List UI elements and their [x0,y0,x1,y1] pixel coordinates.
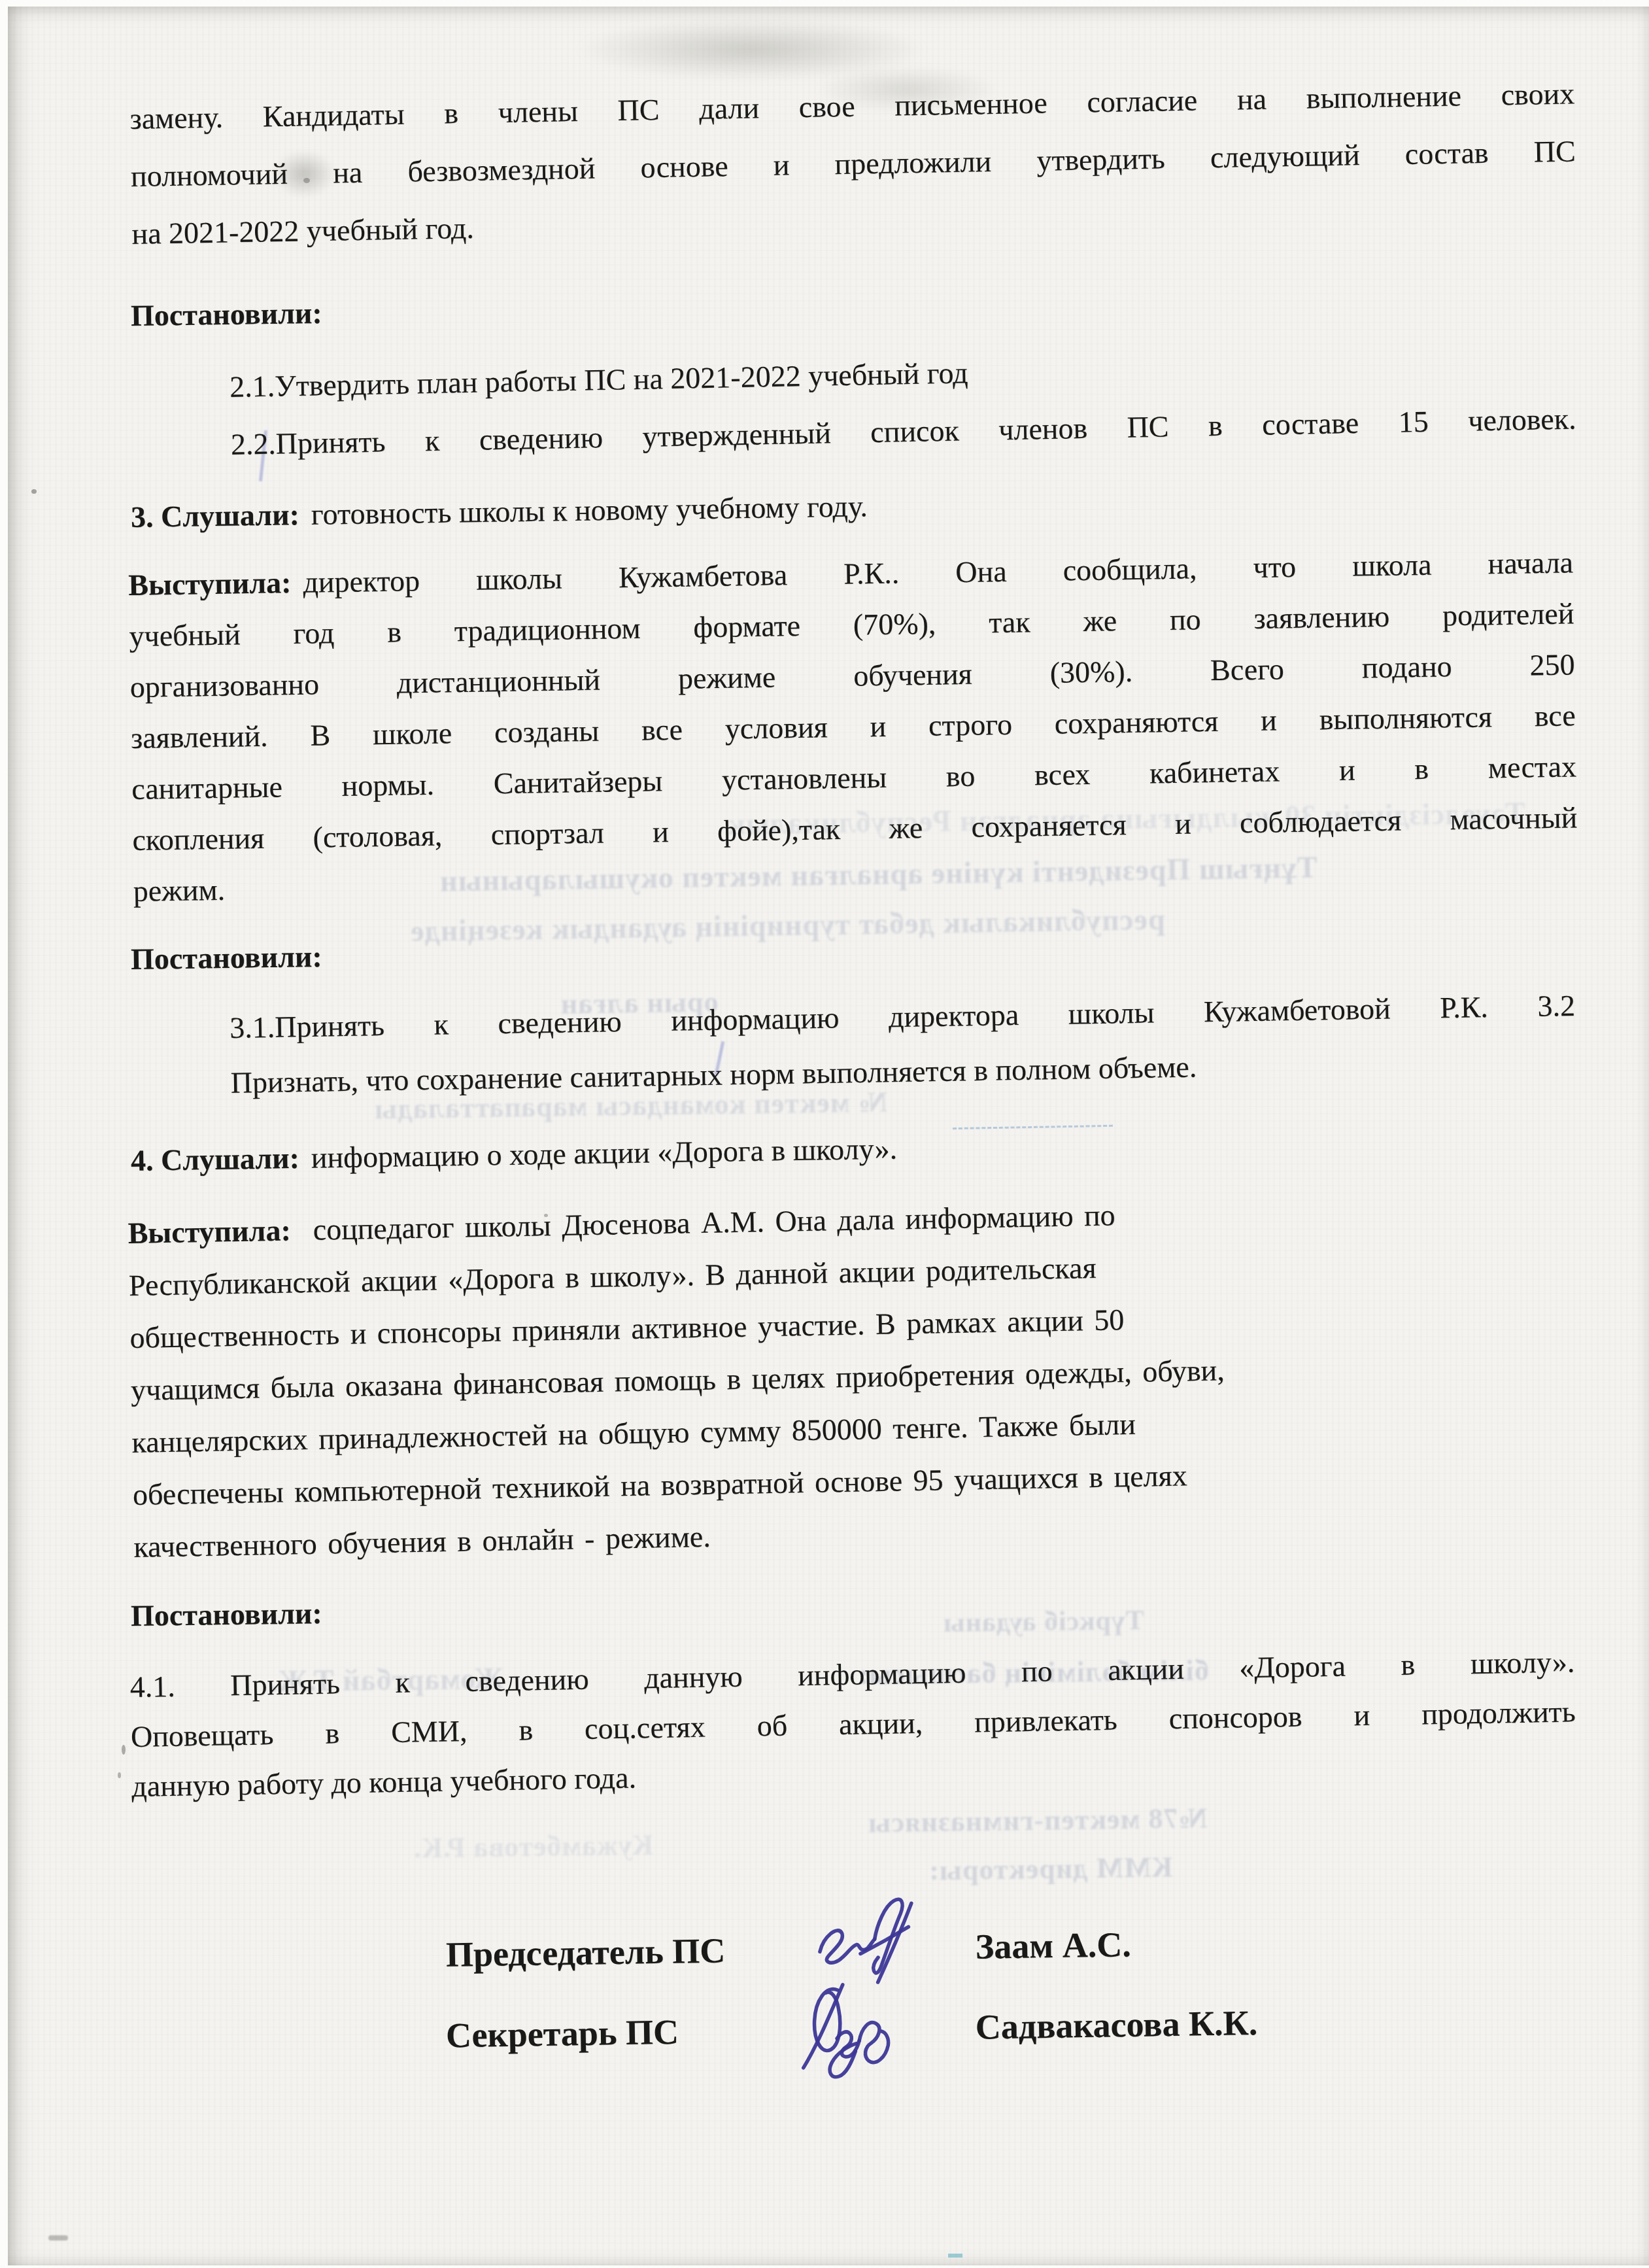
scan-speck [48,2235,68,2241]
agenda-label: 3. Слушали: [131,498,300,534]
signature-row-chairman: Председатель ПСЗаам А.С. [130,1912,1576,1985]
speaker-paragraph-3: Выступила:директор школы Кужамбетова Р.К… [128,537,1578,917]
agenda-topic: информацию о ходе акции «Дорога в школу»… [311,1132,897,1175]
resolved-heading: Постановили: [130,1570,1576,1643]
signature-name: Садвакасова К.К. [975,2003,1257,2047]
scan-speck [118,1772,121,1778]
agenda-item-3-heading: 3. Слушали:готовность школы к новому уче… [130,469,1576,544]
scan-speck [31,489,37,494]
signature-name: Заам А.С. [975,1925,1131,1967]
speaker-label: Выступила: [127,1213,291,1250]
signature-row-secretary: Секретарь ПССадвакасова К.К. [130,1991,1576,2067]
edge-mark [948,2254,962,2258]
protocol-document: замену. Кандидаты в члены ПС дали свое п… [131,7,1576,2067]
resolved-heading: Постановили: [130,269,1576,343]
speaker-label: Выступила: [128,566,292,602]
resolution-paragraph-4: 4.1. Принять к сведению данную информаци… [129,1637,1577,1812]
agenda-topic: готовность школы к новому учебному году. [311,489,868,531]
agenda-item-4-heading: 4. Слушали:информацию о ходе акции «Доро… [130,1111,1576,1188]
resolution-items: 2.1.Утвердить план работы ПС на 2021-202… [229,333,1576,473]
resolved-heading: Постановили: [130,912,1576,986]
intro-paragraph: замену. Кандидаты в члены ПС дали свое п… [129,65,1577,263]
secretary-signature-ink [792,1977,911,2084]
text-segment: соцпедагог школы Дюсенова А.М. Она дала … [313,1198,1115,1246]
resolution-paragraph-3: 3.1.Принять к сведению информацию директ… [229,978,1577,1110]
speaker-paragraph-4: Выступила:соцпедагог школы Дюсенова А.М.… [127,1183,1442,1573]
scanned-page: Тәуелсіздіктің 30 жылдығына арналған Рес… [8,7,1649,2265]
scan-speck [122,1745,126,1755]
agenda-label: 4. Слушали: [131,1141,300,1177]
